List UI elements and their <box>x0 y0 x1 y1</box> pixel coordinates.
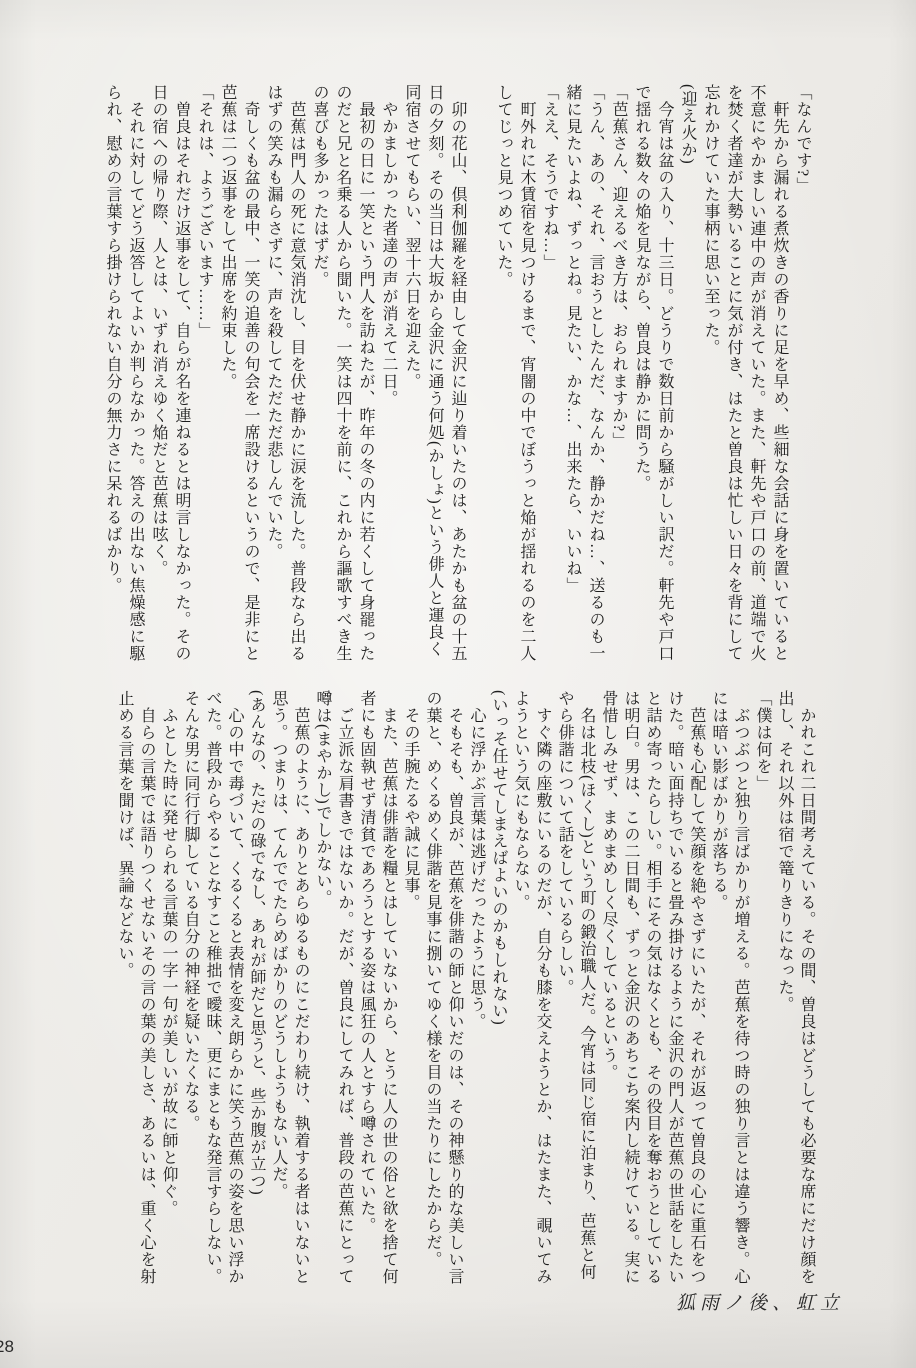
paragraph: 芭蕉のように、ありとあらゆるものにこだわり続け、執着する者はいないと思う。つまり… <box>267 690 311 1286</box>
paragraph: それに対してどう返答してよいか判らなかった。答えの出ない焦燥感に駆られ、慰めの言… <box>101 84 147 662</box>
text-block-top: 「なんです?」 軒先から漏れる煮炊きの香りに足を早め、些細な会話に身を置いている… <box>90 84 814 662</box>
paragraph: 芭蕉は門人の死に意気消沈し、目を伏せ静かに涙を流した。普段なら出るはずの笑みも漏… <box>262 84 308 662</box>
paragraph: ふとした時に発せられる言葉の一字一句が美しいが故に師と仰ぐ。 <box>157 690 179 1286</box>
paragraph: (迎え火か) <box>676 84 699 662</box>
scanned-page: 「なんです?」 軒先から漏れる煮炊きの香りに足を早め、些細な会話に身を置いている… <box>0 0 916 1368</box>
paragraph: また、芭蕉は俳諧を糧とはしていないから、とうに人の世の俗と欲を捨て何者にも固執せ… <box>355 690 399 1286</box>
paragraph: 「僕は何を」 <box>751 690 773 1286</box>
paragraph: 「それは、ようございます……」 <box>193 84 216 662</box>
paragraph: 芭蕉も心配して笑顔を絶やさずにいたが、それが返って曽良の心に重石をつけた。暗い面… <box>597 690 707 1286</box>
paragraph: かれこれ二日間考えている。その間、曽良はどうしても必要な席にだけ顔を出し、それ以… <box>773 690 817 1286</box>
paragraph: やかましかった者達の声が消えて二日。 <box>377 84 400 662</box>
paragraph: (あんなの、ただの碌でなし、あれが師だと思うと、些か腹が立つ) <box>245 690 267 1286</box>
paragraph: 軒先から漏れる煮炊きの香りに足を早め、些細な会話に身を置いていると不意にやかまし… <box>699 84 791 662</box>
paragraph: (いっそ任せてしまえばよいのかもしれない) <box>487 690 509 1286</box>
paragraph: その手腕たるや誠に見事。 <box>399 690 421 1286</box>
paragraph: ぶつぶつと独り言ばかりが増える。芭蕉を待つ時の独り言とは違う響き。心には暗い影ば… <box>707 690 751 1286</box>
paragraph: 最初の日に一笑という門人を訪ねたが、昨年の冬の内に若くして身罷ったのだと兄と名乗… <box>308 84 377 662</box>
text-block-bottom: かれこれ二日間考えている。その間、曽良はどうしても必要な席にだけ顔を出し、それ以… <box>81 690 817 1286</box>
paragraph: 「ええ、そうですね…」 <box>538 84 561 662</box>
paragraph: 心の中で毒づいて、くるくると表情を変え朗らかに笑う芭蕉の姿を思い浮かべた。普段か… <box>179 690 245 1286</box>
paragraph: 曽良はそれだけ返事をして、自らが名を連ねるとは明言しなかった。その日の宿への帰り… <box>147 84 193 662</box>
paragraph: 「なんです?」 <box>791 84 814 662</box>
paragraph: 町外れに木賃宿を見つけるまで、宵闇の中でぼうっと焔が揺れるのを二人してじっと見つ… <box>492 84 538 662</box>
paragraph: 今宵は盆の入り、十三日。どうりで数日前から騒がしい訳だ。軒先や戸口で揺れる数々の… <box>630 84 676 662</box>
paragraph: 名は北枝(ほくし)という町の鍛治職人だ。今宵は同じ宿に泊まり、芭蕉と何やら俳諧に… <box>553 690 597 1286</box>
paragraph: 卯の花山、倶利伽羅を経由して金沢に辿り着いたのは、あたかも盆の十五日の夕刻。その… <box>400 84 469 662</box>
blank-line <box>469 84 492 662</box>
chapter-title: 狐雨ノ後、虹立 <box>676 1288 844 1315</box>
paragraph: 心に浮かぶ言葉は逃げだったように思う。 <box>465 690 487 1286</box>
paragraph: そもそも、曽良が、芭蕉を俳諧の師と仰いだのは、その神懸り的な美しい言の葉と、めく… <box>421 690 465 1286</box>
paragraph: 奇しくも盆の最中、一笑の追善の句会を一席設けるというので、是非にと芭蕉は二つ返事… <box>216 84 262 662</box>
paragraph: 「芭蕉さん、迎えるべき方は、おられますか?」 <box>607 84 630 662</box>
paragraph: 自らの言葉では語りつくせないその言の葉の美しさ、あるいは、重く心を射止める言葉を… <box>113 690 157 1286</box>
page-number: 28 <box>0 1337 14 1357</box>
paragraph: ご立派な肩書きではないか。だが、曽良にしてみれば、普段の芭蕉にとって噂は(まやか… <box>311 690 355 1286</box>
paragraph: 「うん、あの、それ、言おうとしたんだ、なんか、静かだね…、送るのも一緒に見たいよ… <box>561 84 607 662</box>
paragraph: すぐ隣の座敷にいるのだが、自分も膝を交えようとか、はたまた、覗いてみようという気… <box>509 690 553 1286</box>
